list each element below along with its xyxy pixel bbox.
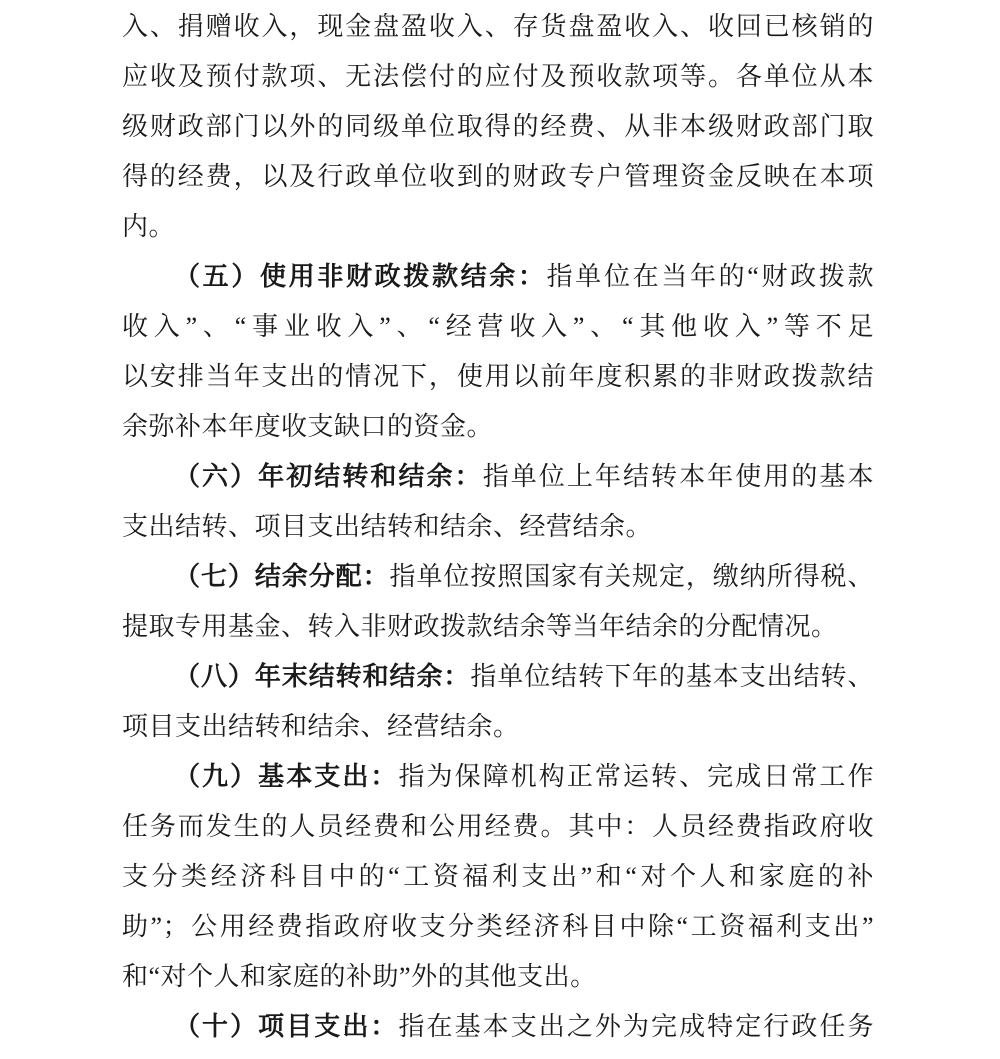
text-line: 余弥补本年度收支缺口的资金。 (122, 402, 874, 452)
document-page: 入、捐赠收入，现金盘盈收入、存货盘盈收入、收回已核销的应收及预付款项、无法偿付的… (0, 0, 1000, 1059)
body-text: 得的经费，以及行政单位收到的财政专户管理资金反映在本项 (122, 162, 874, 191)
body-text: 级财政部门以外的同级单位取得的经费、从非本级财政部门取 (122, 112, 874, 141)
body-text: 指单位按照国家有关规定，缴纳所得税、 (390, 562, 874, 591)
body-text: 以安排当年支出的情况下，使用以前年度积累的非财政拨款结 (122, 362, 874, 391)
text-line: 以安排当年支出的情况下，使用以前年度积累的非财政拨款结 (122, 352, 874, 402)
item-heading: （十）项目支出： (174, 1012, 399, 1041)
text-line: （六）年初结转和结余：指单位上年结转本年使用的基本 (122, 452, 874, 502)
text-line: （七）结余分配：指单位按照国家有关规定，缴纳所得税、 (122, 552, 874, 602)
text-line: 和“对个人和家庭的补助”外的其他支出。 (122, 952, 874, 1002)
text-line: 得的经费，以及行政单位收到的财政专户管理资金反映在本项 (122, 152, 874, 202)
body-text: 支分类经济科目中的“工资福利支出”和“对个人和家庭的补 (122, 862, 874, 891)
body-text: 指单位结转下年的基本支出结转、 (470, 662, 874, 691)
text-line: （十）项目支出：指在基本支出之外为完成特定行政任务 (122, 1002, 874, 1052)
text-line: 应收及预付款项、无法偿付的应付及预收款项等。各单位从本 (122, 52, 874, 102)
text-line: 内。 (122, 202, 874, 252)
text-line: 提取专用基金、转入非财政拨款结余等当年结余的分配情况。 (122, 602, 874, 652)
body-text: 助”；公用经费指政府收支分类经济科目中除“工资福利支出” (122, 912, 874, 941)
text-line: 项目支出结转和结余、经营结余。 (122, 702, 874, 752)
document-body: 入、捐赠收入，现金盘盈收入、存货盘盈收入、收回已核销的应收及预付款项、无法偿付的… (122, 2, 874, 1052)
body-text: 指在基本支出之外为完成特定行政任务 (399, 1012, 874, 1041)
body-text: 支出结转、项目支出结转和结余、经营结余。 (122, 512, 652, 541)
body-text: 收入”、“事业收入”、“经营收入”、“其他收入”等不足 (122, 312, 874, 341)
body-text: 余弥补本年度收支缺口的资金。 (122, 412, 493, 441)
text-line: 助”；公用经费指政府收支分类经济科目中除“工资福利支出” (122, 902, 874, 952)
body-text: 和“对个人和家庭的补助”外的其他支出。 (122, 962, 597, 991)
text-line: （五）使用非财政拨款结余：指单位在当年的“财政拨款 (122, 252, 874, 302)
text-line: 支出结转、项目支出结转和结余、经营结余。 (122, 502, 874, 552)
paragraph: （九）基本支出：指为保障机构正常运转、完成日常工作任务而发生的人员经费和公用经费… (122, 752, 874, 1002)
body-text: 指为保障机构正常运转、完成日常工作 (399, 762, 874, 791)
text-line: 收入”、“事业收入”、“经营收入”、“其他收入”等不足 (122, 302, 874, 352)
body-text: 入、捐赠收入，现金盘盈收入、存货盘盈收入、收回已核销的 (122, 12, 874, 41)
paragraph: （五）使用非财政拨款结余：指单位在当年的“财政拨款收入”、“事业收入”、“经营收… (122, 252, 874, 452)
text-line: （九）基本支出：指为保障机构正常运转、完成日常工作 (122, 752, 874, 802)
body-text: 提取专用基金、转入非财政拨款结余等当年结余的分配情况。 (122, 612, 838, 641)
item-heading: （六）年初结转和结余： (174, 462, 483, 491)
text-line: （八）年末结转和结余：指单位结转下年的基本支出结转、 (122, 652, 874, 702)
paragraph: 入、捐赠收入，现金盘盈收入、存货盘盈收入、收回已核销的应收及预付款项、无法偿付的… (122, 2, 874, 252)
text-line: 任务而发生的人员经费和公用经费。其中：人员经费指政府收 (122, 802, 874, 852)
text-line: 支分类经济科目中的“工资福利支出”和“对个人和家庭的补 (122, 852, 874, 902)
paragraph: （八）年末结转和结余：指单位结转下年的基本支出结转、项目支出结转和结余、经营结余… (122, 652, 874, 752)
paragraph: （六）年初结转和结余：指单位上年结转本年使用的基本支出结转、项目支出结转和结余、… (122, 452, 874, 552)
item-heading: （七）结余分配： (174, 562, 390, 591)
paragraph: （十）项目支出：指在基本支出之外为完成特定行政任务 (122, 1002, 874, 1052)
body-text: 内。 (122, 212, 175, 241)
paragraph: （七）结余分配：指单位按照国家有关规定，缴纳所得税、提取专用基金、转入非财政拨款… (122, 552, 874, 652)
item-heading: （九）基本支出： (174, 762, 399, 791)
body-text: 任务而发生的人员经费和公用经费。其中：人员经费指政府收 (122, 812, 874, 841)
text-line: 入、捐赠收入，现金盘盈收入、存货盘盈收入、收回已核销的 (122, 2, 874, 52)
body-text: 项目支出结转和结余、经营结余。 (122, 712, 520, 741)
item-heading: （五）使用非财政拨款结余： (174, 262, 547, 291)
body-text: 指单位在当年的“财政拨款 (547, 262, 874, 291)
text-line: 级财政部门以外的同级单位取得的经费、从非本级财政部门取 (122, 102, 874, 152)
item-heading: （八）年末结转和结余： (174, 662, 470, 691)
body-text: 应收及预付款项、无法偿付的应付及预收款项等。各单位从本 (122, 62, 874, 91)
body-text: 指单位上年结转本年使用的基本 (483, 462, 874, 491)
